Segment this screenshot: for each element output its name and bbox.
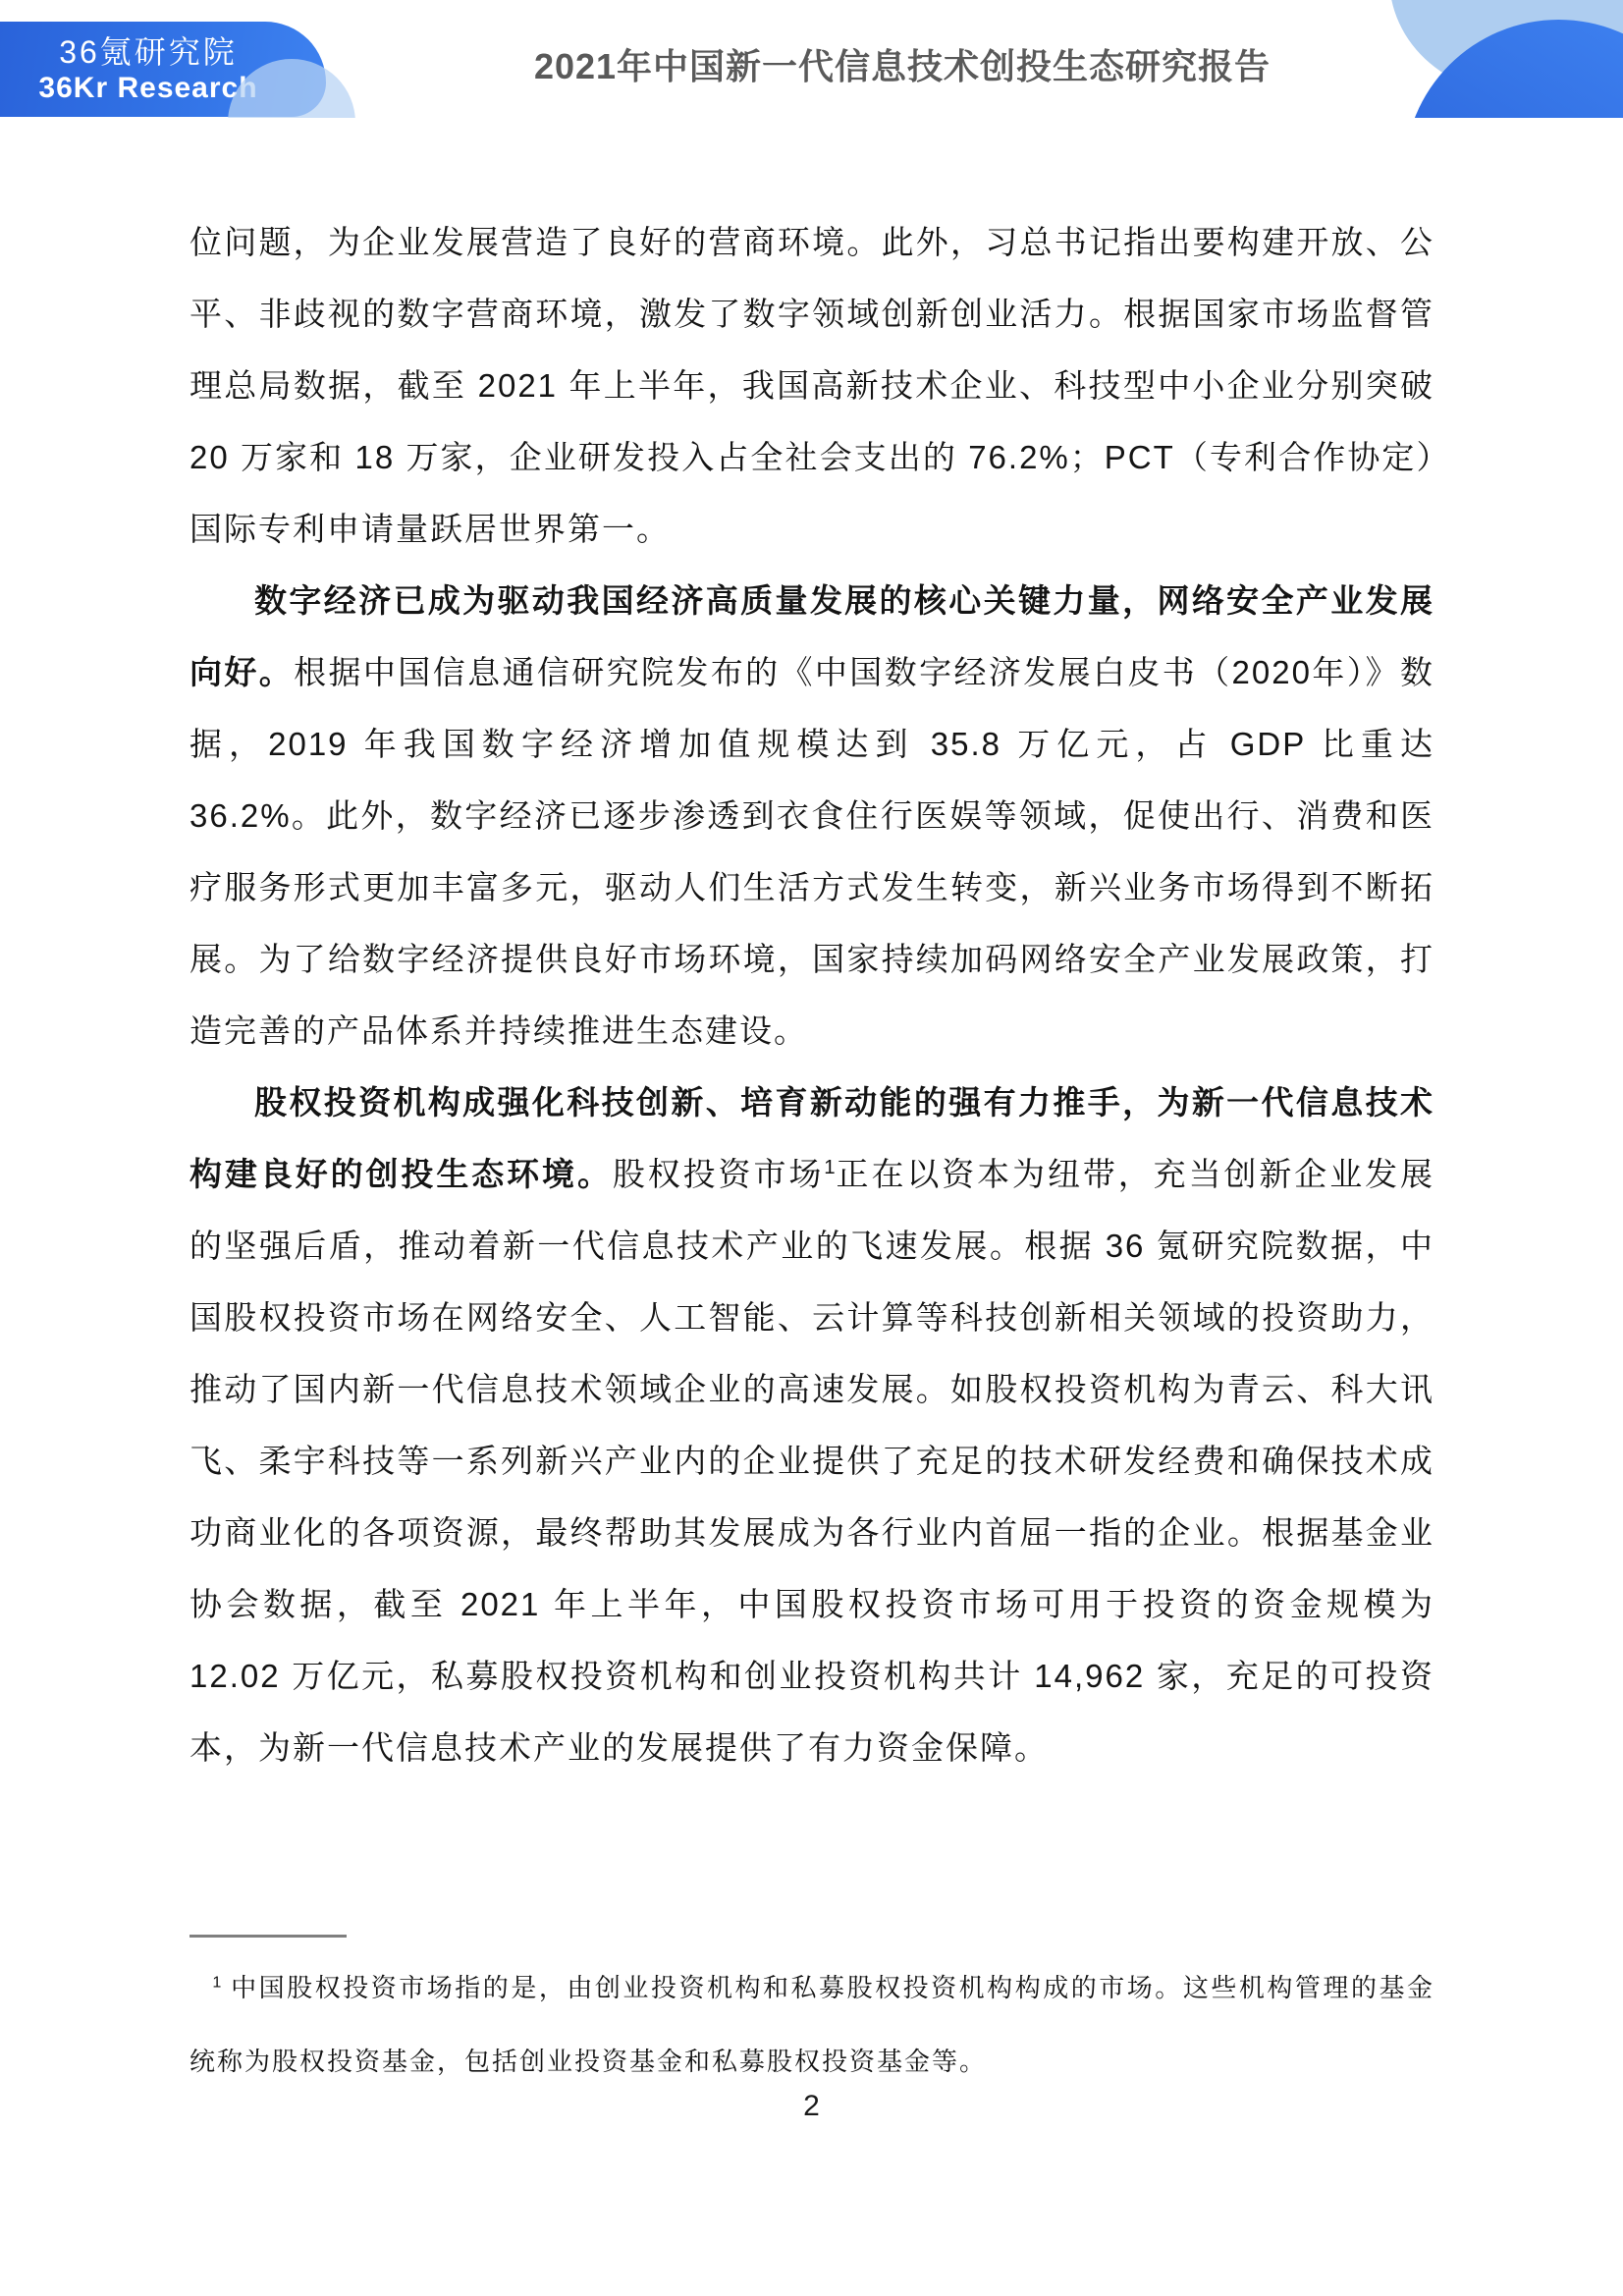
body-text: 位问题，为企业发展营造了良好的营商环境。此外，习总书记指出要构建开放、公平、非歧… [189,206,1434,1783]
text-segment: 根据中国信息通信研究院发布的《中国数字经济发展白皮书（2020年）》数据，201… [189,654,1434,1049]
page-number: 2 [0,2090,1623,2123]
superscript-footnote-ref: 1 [824,1156,835,1178]
footnote-text: 1 中国股权投资市场指的是，由创业投资机构和私募股权投资机构构成的市场。这些机构… [189,1951,1434,2099]
footnote-section: 1 中国股权投资市场指的是，由创业投资机构和私募股权投资机构构成的市场。这些机构… [189,1923,1434,2099]
paragraph: 数字经济已成为驱动我国经济高质量发展的核心关键力量，网络安全产业发展向好。根据中… [189,565,1434,1066]
report-title: 2021年中国新一代信息技术创投生态研究报告 [182,39,1623,89]
paragraph: 股权投资机构成强化科技创新、培育新动能的强有力推手，为新一代信息技术构建良好的创… [189,1066,1434,1783]
text-segment: 股权投资市场 [613,1156,824,1192]
text-segment: 位问题，为企业发展营造了良好的营商环境。此外，习总书记指出要构建开放、公平、非歧… [189,224,1434,547]
footnote-divider [189,1935,347,1938]
report-page: 36氪研究院 36Kr Research 2021年中国新一代信息技术创投生态研… [0,0,1623,2296]
paragraph: 位问题，为企业发展营造了良好的营商环境。此外，习总书记指出要构建开放、公平、非歧… [189,206,1434,565]
footnote-marker: 1 [212,1973,221,1991]
text-segment: 正在以资本为纽带，充当创新企业发展的坚强后盾，推动着新一代信息技术产业的飞速发展… [189,1156,1434,1766]
footnote-body: 中国股权投资市场指的是，由创业投资机构和私募股权投资机构构成的市场。这些机构管理… [189,1973,1434,2076]
page-header: 36氪研究院 36Kr Research 2021年中国新一代信息技术创投生态研… [0,0,1623,118]
